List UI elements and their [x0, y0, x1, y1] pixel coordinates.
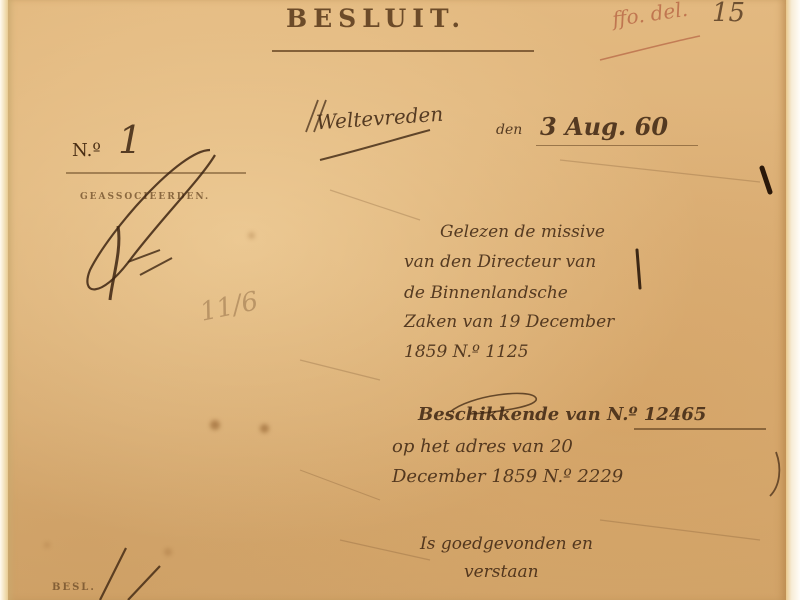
ink-strokes: [0, 0, 800, 600]
